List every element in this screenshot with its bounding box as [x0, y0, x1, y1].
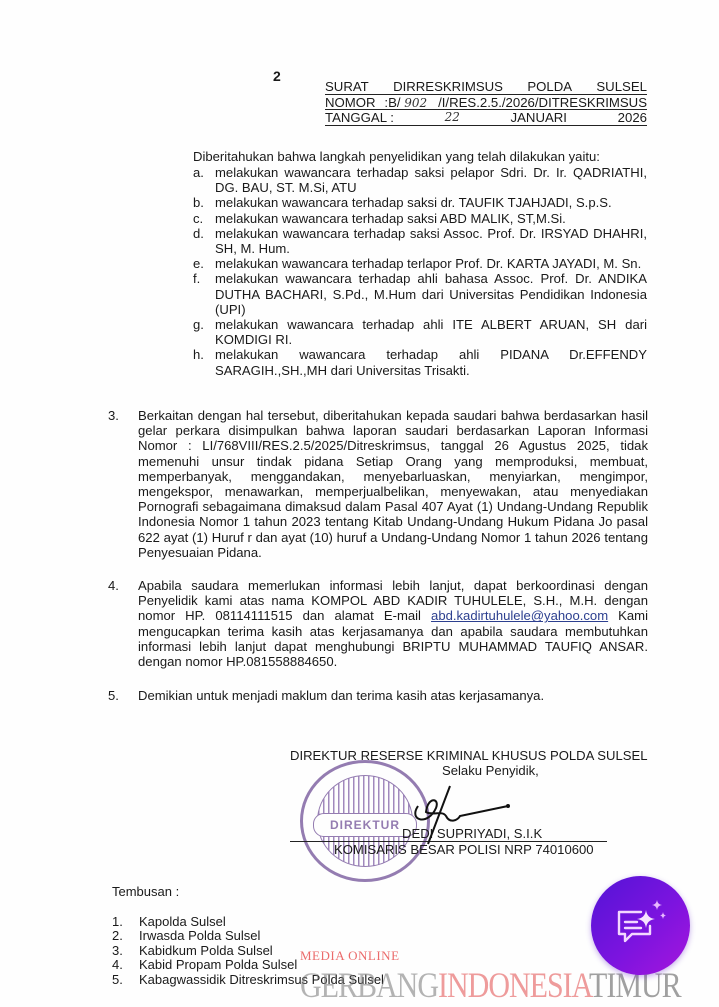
step-item: h.melakukan wawancara terhadap ahli PIDA…: [193, 347, 647, 377]
paragraph-5: 5.Demikian untuk menjadi maklum dan teri…: [108, 688, 648, 703]
cc-item: Kabid Propam Polda Sulsel: [139, 958, 297, 973]
step-text: melakukan wawancara terhadap ahli bahasa…: [215, 271, 647, 317]
paragraph-marker: 3.: [108, 408, 138, 560]
step-item: c.melakukan wawancara terhadap saksi ABD…: [193, 211, 647, 226]
step-item: f.melakukan wawancara terhadap ahli baha…: [193, 271, 647, 317]
step-item: g.melakukan wawancara terhadap ahli ITE …: [193, 317, 647, 347]
header-word: POLDA: [527, 79, 572, 94]
paragraph-text: Berkaitan dengan hal tersebut, diberitah…: [138, 408, 648, 560]
paragraph-text: Apabila saudara memerlukan informasi leb…: [138, 578, 648, 669]
tanggal-month: JANUARI: [511, 110, 567, 125]
step-marker: g.: [193, 317, 215, 347]
header-line-tanggal: TANGGAL : 22 JANUARI 2026: [325, 110, 647, 126]
cc-marker: 2.: [112, 929, 139, 944]
tanggal-year: 2026: [618, 110, 647, 125]
cc-marker: 4.: [112, 958, 139, 973]
email-link[interactable]: abd.kadirtuhulele@yahoo.com: [431, 608, 608, 623]
cc-marker: 1.: [112, 915, 139, 930]
header-line-surat: SURAT DIRRESKRIMSUS POLDA SULSEL: [325, 79, 647, 95]
header-word: SURAT: [325, 79, 369, 94]
cc-item: Kabidkum Polda Sulsel: [139, 944, 273, 959]
step-item: b.melakukan wawancara terhadap saksi dr.…: [193, 195, 647, 210]
step-text: melakukan wawancara terhadap saksi Assoc…: [215, 226, 647, 256]
paragraph-marker: 5.: [108, 688, 138, 703]
handwritten-signature-icon: [398, 776, 518, 846]
nomor-label: NOMOR: [325, 95, 376, 110]
watermark-media-online: MEDIA ONLINE: [300, 948, 400, 964]
cc-item: Irwasda Polda Sulsel: [139, 929, 260, 944]
paragraph-text: Demikian untuk menjadi maklum dan terima…: [138, 688, 648, 703]
step-text: melakukan wawancara terhadap ahli ITE AL…: [215, 317, 647, 347]
watermark-word: GERBANG: [300, 966, 438, 1006]
step-item: e.melakukan wawancara terhadap terlapor …: [193, 256, 647, 271]
step-marker: b.: [193, 195, 215, 210]
investigation-steps: a.melakukan wawancara terhadap saksi pel…: [193, 165, 647, 378]
ai-assistant-button[interactable]: [591, 876, 690, 975]
tembusan-label: Tembusan :: [112, 885, 384, 900]
page-number: 2: [273, 68, 281, 84]
signature-title: DIREKTUR RESERSE KRIMINAL KHUSUS POLDA S…: [290, 748, 690, 763]
step-marker: c.: [193, 211, 215, 226]
paragraph-marker: 4.: [108, 578, 138, 669]
intro-text: Diberitahukan bahwa langkah penyelidikan…: [193, 149, 600, 164]
cc-item: Kapolda Sulsel: [139, 915, 226, 930]
header-word: DIRRESKRIMSUS: [393, 79, 503, 94]
tanggal-day: 22: [445, 110, 460, 125]
step-text: melakukan wawancara terhadap saksi dr. T…: [215, 195, 647, 210]
step-item: a.melakukan wawancara terhadap saksi pel…: [193, 165, 647, 195]
step-text: melakukan wawancara terhadap ahli PIDANA…: [215, 347, 647, 377]
letter-header: SURAT DIRRESKRIMSUS POLDA SULSEL NOMOR :…: [325, 79, 647, 126]
step-text: melakukan wawancara terhadap terlapor Pr…: [215, 256, 647, 271]
step-item: d.melakukan wawancara terhadap saksi Ass…: [193, 226, 647, 256]
ai-chat-sparkle-icon: [613, 898, 669, 954]
step-marker: f.: [193, 271, 215, 317]
paragraph-4: 4. Apabila saudara memerlukan informasi …: [108, 578, 648, 669]
tanggal-label: TANGGAL :: [325, 110, 394, 125]
signature-block: DIREKTUR RESERSE KRIMINAL KHUSUS POLDA S…: [290, 748, 690, 857]
step-marker: h.: [193, 347, 215, 377]
header-line-nomor: NOMOR :B/ 902 /I/RES.2.5./2026/DITRESKRI…: [325, 95, 647, 111]
nomor-prefix: :B/: [384, 95, 400, 110]
nomor-suffix: /I/RES.2.5./2026/DITRESKRIMSUS: [438, 95, 647, 110]
step-text: melakukan wawancara terhadap saksi ABD M…: [215, 211, 647, 226]
nomor-handwritten: 902: [404, 96, 427, 110]
cc-marker: 5.: [112, 973, 139, 988]
step-marker: d.: [193, 226, 215, 256]
cc-marker: 3.: [112, 944, 139, 959]
step-marker: e.: [193, 256, 215, 271]
paragraph-3: 3.Berkaitan dengan hal tersebut, diberit…: [108, 408, 648, 560]
step-text: melakukan wawancara terhadap saksi pelap…: [215, 165, 647, 195]
step-marker: a.: [193, 165, 215, 195]
nomor-value: :B/ 902 /I/RES.2.5./2026/DITRESKRIMSUS: [384, 95, 647, 110]
header-word: SULSEL: [596, 79, 647, 94]
watermark-word: INDONESIA: [438, 966, 589, 1006]
